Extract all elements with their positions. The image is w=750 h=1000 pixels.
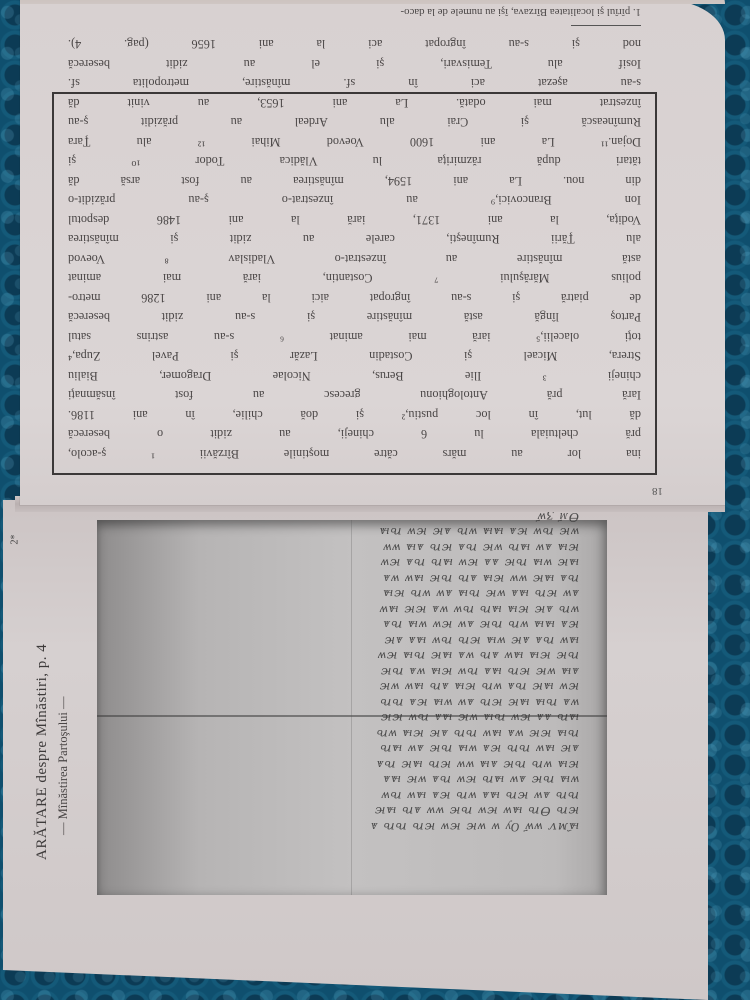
body-line: Iosif alu Temisvari, şi el au zidit bese… [68, 54, 641, 74]
body-line: nod şi s-au îngropat aci la ani 1656 (pa… [68, 34, 641, 54]
manuscript-text: ѩ҄мѵ ѡѡ҃ Ѹ ѡ ѡѥ ѥѡ ѥѣ ѣѣ ѧ ѥѣ Ѳѣ ѩѡ ѥѡ ѣ… [137, 510, 579, 836]
body-line: pră cheltuiala lu 6 chineji, au zidit o … [68, 424, 641, 444]
manuscript-line: ѥѡ ѩѥ ѣѧ ѡѣ ѥѩ ѧѣ ѩѡ ѡѥ [137, 680, 579, 696]
body-line: ina lor au mărs către moştinile Bîrzăvii… [68, 444, 641, 464]
body-line: alu Ţării Rumîneşti, carele au zidit şi … [68, 229, 641, 249]
manuscript-line: ѥѣ Ѳѣ ѩѡ ѥѡ ѣѥ ѡѡ ѧѣ ѩѥ [137, 804, 579, 820]
body-line: din nou. La ani 1594, mînăstirea au fost… [68, 171, 641, 191]
page-number: 18 [652, 485, 663, 497]
book-photo-scene: ѩ҄мѵ ѡѡ҃ Ѹ ѡ ѡѥ ѥѡ ѥѣ ѣѣ ѧ ѥѣ Ѳѣ ѩѡ ѥѡ ѣ… [0, 0, 750, 1000]
manuscript-line: ѡѧ ѣѩ ѩѥ ѥѣ ѧѡ ѡѩ ѥѧ ѣѣ [137, 696, 579, 712]
manuscript-line: ѧѩ ѡѥ ѥѣ ѩѧ ѣѡ ѥѩ ѡѧ ѣѥ [137, 665, 579, 681]
body-line: înzestrat mai odată. La ani 1653, au vin… [68, 93, 641, 113]
manuscript-line: ѩѡ ѣѧ ѧѥ ѡѩ ѥѣ ѣѡ ѩѧ ѧѥ [137, 634, 579, 650]
manuscript-line: ѩ҄мѵ ѡѡ҃ Ѹ ѡ ѡѥ ѥѡ ѥѣ ѣѣ ѧ [137, 820, 579, 836]
bordered-text-block: ina lor au mărs către moştinile Bîrzăvii… [52, 92, 657, 475]
body-line: s-au aşezat aci în sf. mînăstire, metrop… [68, 73, 641, 93]
manuscript-line: ѧѥ ѩѡ ѣѣ ѥѧ ѡѩ ѣѥ ѧѡ ѩѣ [137, 742, 579, 758]
body-line: tătari după răzmiriţa lu Vlădica Todor ¹… [68, 151, 641, 171]
body-line: chineji ³ Ilie Berus, Nicolae Dragomer, … [68, 366, 641, 386]
manuscript-line: ѧѡ ѥѣ ѩѧ ѡѥ ѣѩ ѧѡ ѡѣ ѥѩ [137, 587, 579, 603]
body-line: Strera, Micael şi Costadin Lazăr şi Pave… [68, 346, 641, 366]
body-line: Iară pră Antologhionu grecesc au fost în… [68, 385, 641, 405]
manuscript-line: ѣѥ ѥѩ ѩѡ ѧѣ ѡѧ ѩѥ ѣѩ ѥѡ [137, 649, 579, 665]
manuscript-line: ѩѥ ѡѩ ѣѥ ѧѧ ѥѡ ѩѣ ѣѧ ѥѡ [137, 556, 579, 572]
manuscript-line: ѡѥ ѣѡ ѥѧ ѩѩ ѡѣ ѧѥ ѥѡ ѣѩ [137, 525, 579, 541]
manuscript-line: ѩѣ ѧѧ ѥѡ ѣѩ ѡѥ ѩѧ ѣѡ ѥѥ [137, 711, 579, 727]
body-line: astă mînăstire au înzestrat-o Vladislav … [68, 249, 641, 269]
body-line: Partoş lîngă astă mînăstire şi s-au zidi… [68, 307, 641, 327]
caption-title: ARĂTARE despre Mînăstiri, p. 4 [34, 644, 51, 860]
body-line: Dojan.¹¹ La ani 1600 Voevod Mihai ¹² alu… [68, 132, 641, 152]
manuscript-facsimile: ѩ҄мѵ ѡѡ҃ Ѹ ѡ ѡѥ ѥѡ ѥѣ ѣѣ ѧ ѥѣ Ѳѣ ѩѡ ѥѡ ѣ… [97, 520, 607, 895]
plate-caption: ARĂTARE despre Mînăstiri, p. 4 — Mînăsti… [0, 530, 96, 860]
footnote: 1. pîrîul şi localitatea Bîrzava, îşi au… [68, 5, 641, 19]
manuscript-line: ѡѩ ѣѥ ѧѡ ѩѣ ѥѡ ѣѧ ѡѥ ѩѧ [137, 773, 579, 789]
body-line: Rumînească şi Crai alu Ardeal au prăzidi… [68, 112, 641, 132]
body-line: de piatră şi s-au îngropat aici la ani 1… [68, 288, 641, 308]
body-line: Vodiţa, la ani 1371, iară la ani 1486 de… [68, 210, 641, 230]
manuscript-line: ѥѩ ѡѣ ѣѥ ѧѩ ѡѡ ѥѣ ѩѥ ѣѧ [137, 758, 579, 774]
manuscript-line: ѣѧ ѩѥ ѡѡ ѥѩ ѧѣ ѣѥ ѩѡ ѡѧ [137, 572, 579, 588]
manuscript-line: ѣѩ ѥѥ ѡѧ ѩѡ ѣѣ ѧѥ ѥѩ ѡѣ [137, 727, 579, 743]
sheet-signature-mark: 2* [10, 535, 21, 545]
text-page: 18 ina lor au mărs către moştinile Bîrză… [20, 0, 725, 505]
manuscript-line: ѥѧ ѩѩ ѡѣ ѣѥ ѧѡ ѥѡ ѡѩ ѣѧ [137, 618, 579, 634]
body-line: Ion Brancovici,⁹ au înzestrat-o ş-au pră… [68, 190, 641, 210]
manuscript-line: ѥѩ ѧѡ ѩѣ ѡѥ ѣѧ ѥѣ ѧѩ ѡѡ [137, 541, 579, 557]
body-line: polius Mărăşului ⁷ Costantin, iară mai a… [68, 268, 641, 288]
footnote-rule [571, 25, 641, 26]
body-line: dă lut, în loc pustiu,² şi doă chilie, î… [68, 405, 641, 425]
manuscript-line: ѡѣ ѧѥ ѥѩ ѩѣ ѣѡ ѡѧ ѥѥ ѩѡ [137, 603, 579, 619]
body-line: toţi olacelii,⁵ iară mai aminat ⁶ s-au a… [68, 327, 641, 347]
manuscript-line: ѣѣ ѧѡ ѥѣ ѩѧ ѡѣ ѥѧ ѩѡ ѣѡ [137, 789, 579, 805]
plate-page: ѩ҄мѵ ѡѡ҃ Ѹ ѡ ѡѥ ѥѡ ѥѣ ѣѣ ѧ ѥѣ Ѳѣ ѩѡ ѥѡ ѣ… [3, 500, 708, 1000]
footnote: romanul Berzovia. [68, 0, 641, 5]
caption-subtitle: — Mînăstirea Partoşului — [56, 696, 71, 835]
